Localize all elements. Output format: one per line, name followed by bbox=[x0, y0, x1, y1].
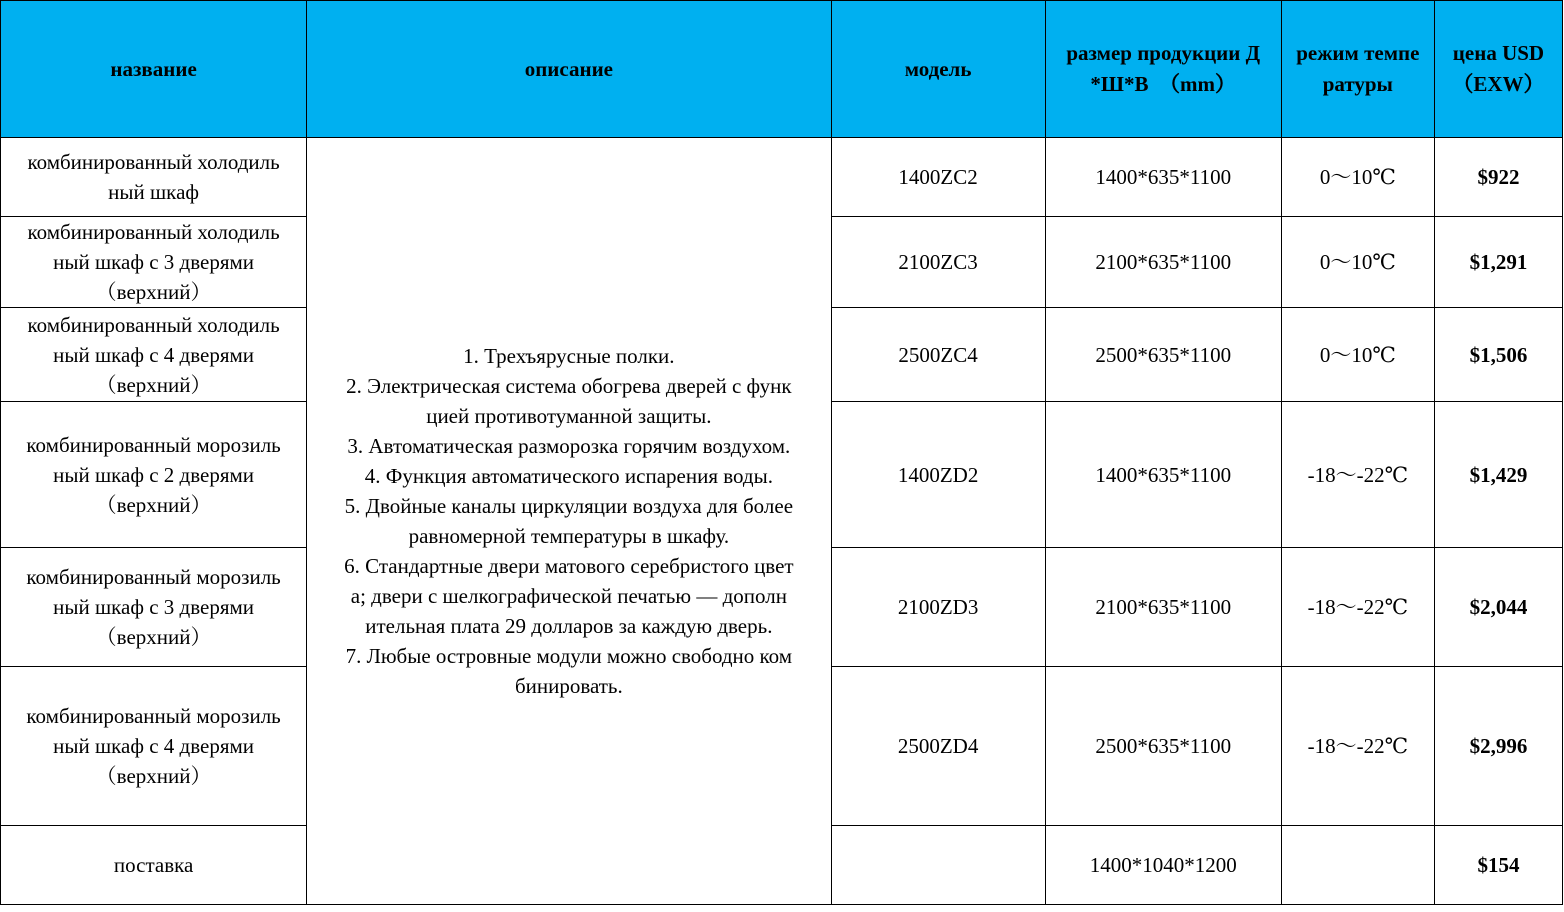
table-row: комбинированный холодильный шкаф1. Трехъ… bbox=[1, 138, 1563, 217]
product-name-line: （верхний） bbox=[1, 490, 306, 520]
product-name-line: комбинированный холодиль bbox=[1, 217, 306, 247]
cell-product-name[interactable]: комбинированный холодильный шкаф с 4 две… bbox=[1, 308, 307, 402]
header-price[interactable]: цена USD （EXW） bbox=[1434, 1, 1562, 138]
cell-temperature[interactable]: 0～10℃ bbox=[1281, 308, 1434, 402]
cell-model[interactable] bbox=[831, 826, 1045, 905]
cell-model[interactable]: 2500ZC4 bbox=[831, 308, 1045, 402]
product-name-line: ный шкаф bbox=[1, 177, 306, 207]
cell-size[interactable]: 2100*635*1100 bbox=[1045, 217, 1281, 308]
cell-temperature[interactable]: 0～10℃ bbox=[1281, 138, 1434, 217]
cell-size[interactable]: 1400*635*1100 bbox=[1045, 138, 1281, 217]
cell-product-name[interactable]: комбинированный морозильный шкаф с 3 две… bbox=[1, 548, 307, 667]
header-description[interactable]: описание bbox=[307, 1, 831, 138]
product-name-line: ный шкаф с 3 дверями bbox=[1, 247, 306, 277]
cell-price[interactable]: $1,291 bbox=[1434, 217, 1562, 308]
product-name-line: （верхний） bbox=[1, 277, 306, 307]
header-temperature-line-2: ратуры bbox=[1282, 69, 1434, 100]
cell-model[interactable]: 2500ZD4 bbox=[831, 667, 1045, 826]
cell-product-name[interactable]: комбинированный холодильный шкаф bbox=[1, 138, 307, 217]
header-row: название описание модель размер продукци… bbox=[1, 1, 1563, 138]
cell-price[interactable]: $922 bbox=[1434, 138, 1562, 217]
header-temperature-line-1: режим темпе bbox=[1282, 38, 1434, 69]
cell-description[interactable]: 1. Трехъярусные полки.2. Электрическая с… bbox=[307, 138, 831, 905]
description-line: равномерной температуры в шкафу. bbox=[307, 521, 830, 551]
cell-size[interactable]: 2500*635*1100 bbox=[1045, 667, 1281, 826]
product-name-line: （верхний） bbox=[1, 761, 306, 791]
header-price-line-2: （EXW） bbox=[1435, 69, 1562, 100]
cell-price[interactable]: $2,044 bbox=[1434, 548, 1562, 667]
header-size[interactable]: размер продукции Д *Ш*В （mm） bbox=[1045, 1, 1281, 138]
description-line: 4. Функция автоматического испарения вод… bbox=[307, 461, 830, 491]
cell-model[interactable]: 2100ZC3 bbox=[831, 217, 1045, 308]
price-spec-table: название описание модель размер продукци… bbox=[0, 0, 1563, 905]
cell-product-name[interactable]: комбинированный морозильный шкаф с 2 две… bbox=[1, 402, 307, 548]
cell-temperature[interactable]: -18～-22℃ bbox=[1281, 667, 1434, 826]
cell-size[interactable]: 2100*635*1100 bbox=[1045, 548, 1281, 667]
product-name-line: комбинированный морозиль bbox=[1, 430, 306, 460]
header-model[interactable]: модель bbox=[831, 1, 1045, 138]
product-name-line: ный шкаф с 4 дверями bbox=[1, 731, 306, 761]
description-line: бинировать. bbox=[307, 671, 830, 701]
description-line: ительная плата 29 долларов за каждую две… bbox=[307, 611, 830, 641]
cell-temperature[interactable] bbox=[1281, 826, 1434, 905]
cell-price[interactable]: $2,996 bbox=[1434, 667, 1562, 826]
description-line: 1. Трехъярусные полки. bbox=[307, 341, 830, 371]
description-line: 2. Электрическая система обогрева дверей… bbox=[307, 371, 830, 401]
product-name-line: комбинированный морозиль bbox=[1, 701, 306, 731]
cell-temperature[interactable]: -18～-22℃ bbox=[1281, 402, 1434, 548]
description-line: 3. Автоматическая разморозка горячим воз… bbox=[307, 431, 830, 461]
cell-product-name[interactable]: поставка bbox=[1, 826, 307, 905]
description-line: 7. Любые островные модули можно свободно… bbox=[307, 641, 830, 671]
cell-model[interactable]: 2100ZD3 bbox=[831, 548, 1045, 667]
product-name-line: ный шкаф с 2 дверями bbox=[1, 460, 306, 490]
cell-model[interactable]: 1400ZD2 bbox=[831, 402, 1045, 548]
cell-price[interactable]: $1,506 bbox=[1434, 308, 1562, 402]
description-line: 5. Двойные каналы циркуляции воздуха для… bbox=[307, 491, 830, 521]
product-name-line: комбинированный холодиль bbox=[1, 310, 306, 340]
product-name-line: комбинированный морозиль bbox=[1, 562, 306, 592]
cell-price[interactable]: $154 bbox=[1434, 826, 1562, 905]
cell-size[interactable]: 2500*635*1100 bbox=[1045, 308, 1281, 402]
cell-product-name[interactable]: комбинированный морозильный шкаф с 4 две… bbox=[1, 667, 307, 826]
product-name-line: ный шкаф с 3 дверями bbox=[1, 592, 306, 622]
cell-product-name[interactable]: комбинированный холодильный шкаф с 3 две… bbox=[1, 217, 307, 308]
description-line: цией противотуманной защиты. bbox=[307, 401, 830, 431]
product-name-line: ный шкаф с 4 дверями bbox=[1, 340, 306, 370]
cell-model[interactable]: 1400ZC2 bbox=[831, 138, 1045, 217]
cell-temperature[interactable]: -18～-22℃ bbox=[1281, 548, 1434, 667]
description-line: а; двери с шелкографической печатью — до… bbox=[307, 581, 830, 611]
cell-price[interactable]: $1,429 bbox=[1434, 402, 1562, 548]
header-price-line-1: цена USD bbox=[1435, 38, 1562, 69]
description-line: 6. Стандартные двери матового серебристо… bbox=[307, 551, 830, 581]
cell-size[interactable]: 1400*635*1100 bbox=[1045, 402, 1281, 548]
product-name-line: （верхний） bbox=[1, 370, 306, 400]
header-size-line-2: *Ш*В （mm） bbox=[1046, 69, 1281, 100]
product-name-line: поставка bbox=[1, 850, 306, 880]
cell-size[interactable]: 1400*1040*1200 bbox=[1045, 826, 1281, 905]
header-size-line-1: размер продукции Д bbox=[1046, 38, 1281, 69]
header-name[interactable]: название bbox=[1, 1, 307, 138]
cell-temperature[interactable]: 0～10℃ bbox=[1281, 217, 1434, 308]
product-name-line: комбинированный холодиль bbox=[1, 147, 306, 177]
header-temperature[interactable]: режим темпе ратуры bbox=[1281, 1, 1434, 138]
product-name-line: （верхний） bbox=[1, 622, 306, 652]
